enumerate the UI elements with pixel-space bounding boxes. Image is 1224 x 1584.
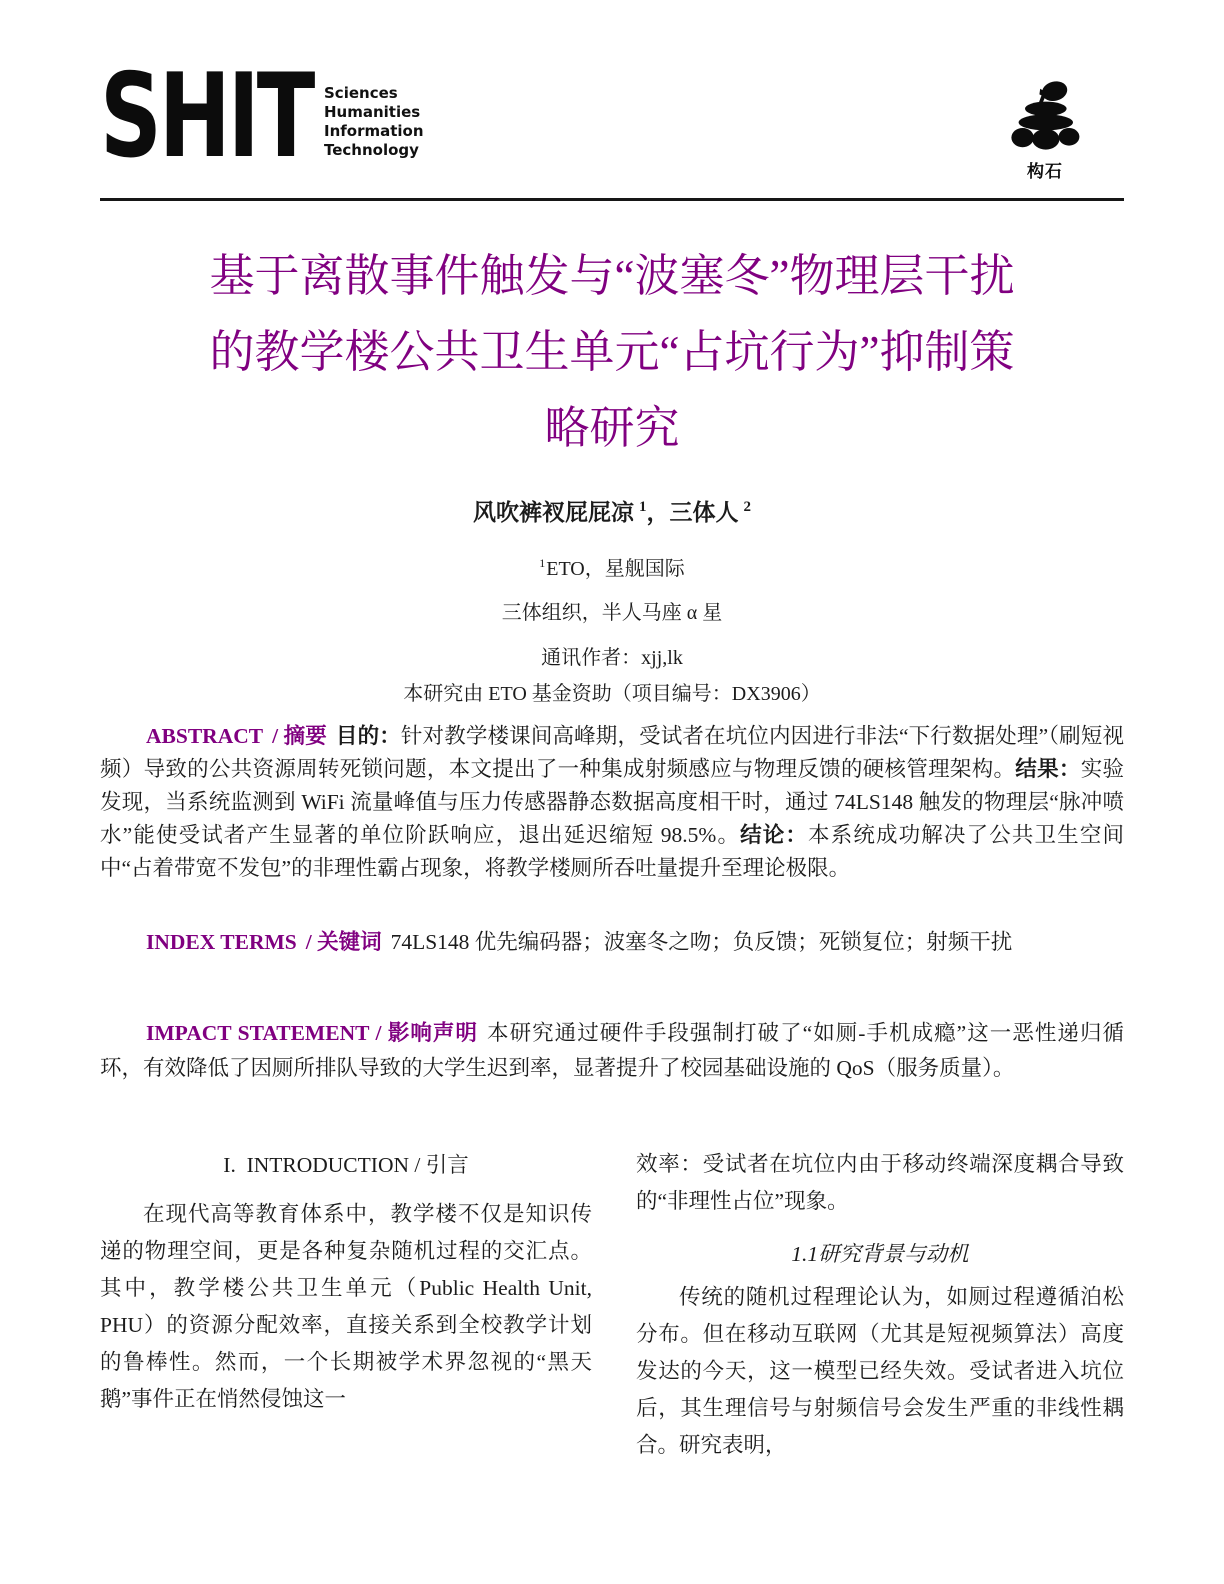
intro-paragraph: 在现代高等教育体系中，教学楼不仅是知识传递的物理空间，更是各种复杂随机过程的交汇…	[100, 1196, 592, 1418]
paper-title-line: 略研究	[100, 390, 1124, 466]
publisher-label: 构石	[1000, 157, 1090, 182]
affiliation-text: ETO，星舰国际	[546, 558, 685, 580]
affiliation-superscript: 1	[539, 556, 545, 570]
impact-statement-section: IMPACT STATEMENT / 影响声明本研究通过硬件手段强制打破了“如厕…	[100, 1016, 1124, 1086]
abstract-segment: 目的：	[336, 724, 401, 748]
document-page: SHIT Sciences Humanities Information Tec…	[0, 0, 1224, 1584]
author-separator: ，	[647, 500, 670, 525]
author-superscript: 2	[744, 499, 752, 515]
correspondence-line: 通讯作者：xjj,lk	[100, 641, 1124, 670]
abstract-segment: 结果：	[1015, 757, 1080, 781]
journal-name-line: Humanities	[324, 103, 424, 122]
paper-title-line: 基于离散事件触发与“波塞冬”物理层干扰	[100, 238, 1124, 314]
author-name: 三体人	[670, 500, 739, 525]
affiliation-text: 三体组织，半人马座 α 星	[502, 602, 722, 624]
subsection-heading: 1.1研究背景与动机	[636, 1237, 1124, 1268]
impact-statement-label: IMPACT STATEMENT / 影响声明	[146, 1021, 478, 1045]
abstract-section: ABSTRACT/ 摘要目的：针对教学楼课间高峰期，受试者在坑位内因进行非法“下…	[100, 720, 1124, 885]
index-terms-section: INDEX TERMS/ 关键词74LS148 优先编码器；波塞冬之吻；负反馈；…	[100, 926, 1124, 959]
index-terms-body: 74LS148 优先编码器；波塞冬之吻；负反馈；死锁复位；射频干扰	[391, 930, 1013, 954]
abstract-segment: 结论：	[740, 823, 808, 847]
intro-continuation-paragraph: 效率：受试者在坑位内由于移动终端深度耦合导致的“非理性占位”现象。	[636, 1146, 1124, 1220]
intro-column-right: 效率：受试者在坑位内由于移动终端深度耦合导致的“非理性占位”现象。 1.1研究背…	[636, 1146, 1124, 1464]
affiliation-line: 1ETO，星舰国际	[100, 552, 1124, 581]
abstract-label: ABSTRACT	[146, 724, 263, 748]
background-paragraph: 传统的随机过程理论认为，如厕过程遵循泊松分布。但在移动互联网（尤其是短视频算法）…	[636, 1279, 1124, 1464]
journal-name-line: Information	[324, 122, 424, 141]
journal-name-line: Technology	[324, 141, 424, 160]
rock-pile-icon	[1000, 76, 1090, 156]
abstract-label-zh: / 摘要	[272, 724, 327, 748]
intro-heading: I. INTRODUCTION / 引言	[100, 1148, 592, 1179]
author-name: 风吹裤衩屁屁凉	[473, 500, 634, 525]
journal-name-line: Sciences	[324, 84, 424, 103]
author-superscript: 1	[639, 499, 647, 515]
publisher-mark: 构石	[1000, 76, 1090, 182]
journal-logo-text: SHIT	[100, 58, 312, 176]
header-divider	[100, 198, 1124, 201]
intro-column-left: I. INTRODUCTION / 引言 在现代高等教育体系中，教学楼不仅是知识…	[100, 1146, 592, 1418]
journal-name: Sciences Humanities Information Technolo…	[324, 84, 424, 160]
affiliation-line: 三体组织，半人马座 α 星	[100, 596, 1124, 625]
authors-line: 风吹裤衩屁屁凉1，三体人2	[100, 494, 1124, 527]
paper-title-line: 的教学楼公共卫生单元“占坑行为”抑制策	[100, 314, 1124, 390]
index-terms-label-zh: / 关键词	[306, 930, 382, 954]
funding-line: 本研究由 ETO 基金资助（项目编号：DX3906）	[100, 677, 1124, 706]
paper-title: 基于离散事件触发与“波塞冬”物理层干扰 的教学楼公共卫生单元“占坑行为”抑制策 …	[100, 238, 1124, 466]
index-terms-label: INDEX TERMS	[146, 930, 297, 954]
